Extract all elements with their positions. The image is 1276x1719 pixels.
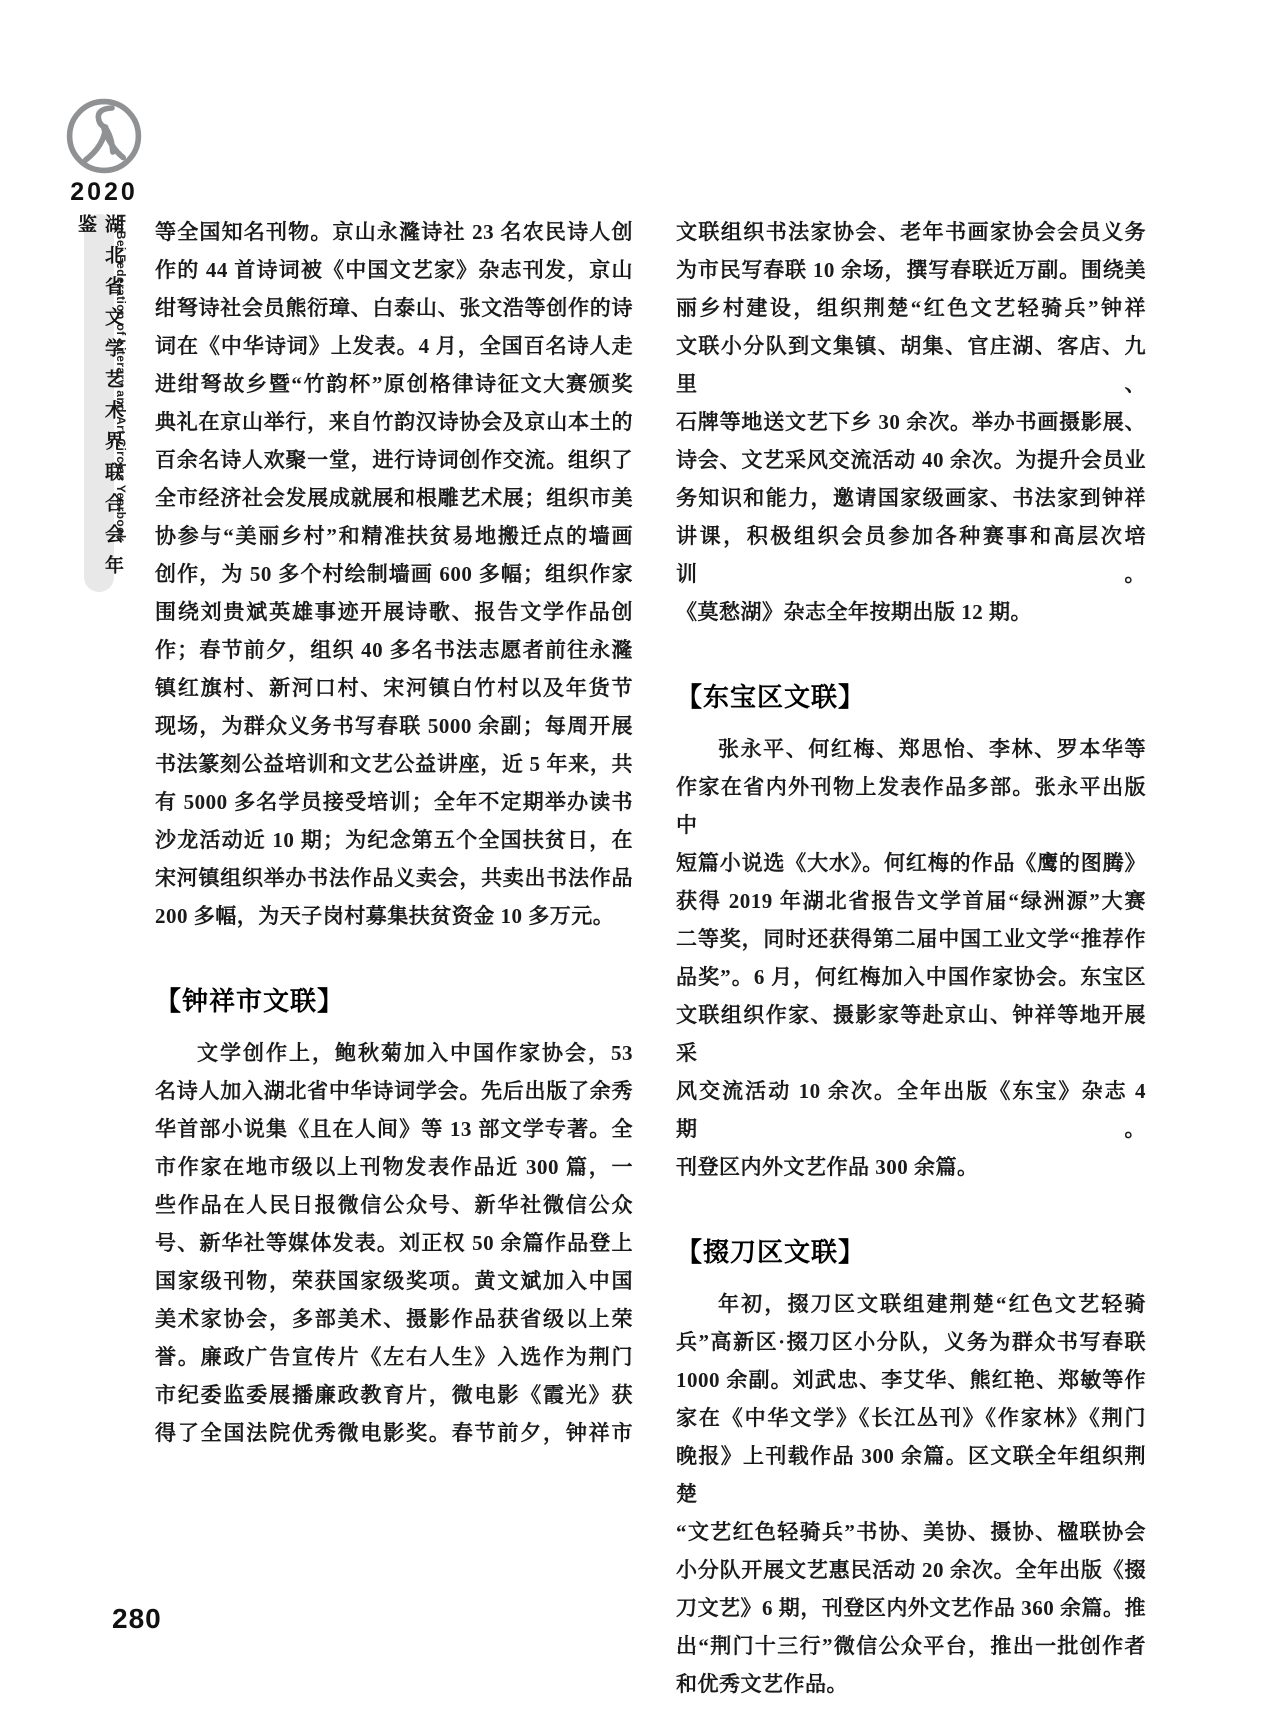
text-line: 沙龙活动近 10 期；为纪念第五个全国扶贫日，在 (155, 821, 633, 859)
text-line: 二等奖，同时还获得第二届中国工业文学“推荐作 (676, 920, 1146, 958)
section-heading: 【掇刀区文联】 (676, 1236, 1146, 1268)
text-line: 刊登区内外文艺作品 300 余篇。 (676, 1148, 1146, 1186)
text-line: 名诗人加入湖北省中华诗词学会。先后出版了余秀 (155, 1072, 633, 1110)
text-line: 刀文艺》6 期，刊登区内外文艺作品 360 余篇。推 (676, 1589, 1146, 1627)
text-line: 典礼在京山举行，来自竹韵汉诗协会及京山本土的 (155, 403, 633, 441)
text-line: 号、新华社等媒体发表。刘正权 50 余篇作品登上 (155, 1224, 633, 1262)
text-line: 作家在省内外刊物上发表作品多部。张永平出版中 (676, 768, 1146, 844)
text-line: 绀弩诗社会员熊衍璋、白泰山、张文浩等创作的诗 (155, 289, 633, 327)
text-line: 《莫愁湖》杂志全年按期出版 12 期。 (676, 593, 1146, 631)
page-number: 280 (112, 1603, 162, 1635)
text-line: 兵”高新区·掇刀区小分队，义务为群众书写春联 (676, 1323, 1146, 1361)
spine-title-english: HuBei Federation of Literary and Art Cir… (114, 214, 128, 614)
text-line: 华首部小说集《且在人间》等 13 部文学专著。全 (155, 1110, 633, 1148)
section-heading: 【钟祥市文联】 (155, 985, 633, 1017)
text-line: 得了全国法院优秀微电影奖。春节前夕，钟祥市 (155, 1414, 633, 1452)
text-line: 文联组织作家、摄影家等赴京山、钟祥等地开展采 (676, 996, 1146, 1072)
text-line: 词在《中华诗词》上发表。4 月，全国百名诗人走 (155, 327, 633, 365)
text-line: 市纪委监委展播廉政教育片，微电影《霞光》获 (155, 1376, 633, 1414)
text-line: 出“荆门十三行”微信公众平台，推出一批创作者 (676, 1627, 1146, 1665)
logo-block: 2020 (60, 96, 148, 207)
text-line: 作；春节前夕，组织 40 多名书法志愿者前往永漋 (155, 631, 633, 669)
yearbook-page: 2020 湖北省文学艺术界联合会年鉴 HuBei Federation of L… (0, 0, 1276, 1719)
text-line: 文联小分队到文集镇、胡集、官庄湖、客店、九里、 (676, 327, 1146, 403)
text-line: 作的 44 首诗词被《中国文艺家》杂志刊发，京山 (155, 251, 633, 289)
logo-year: 2020 (60, 178, 148, 207)
text-line: 风交流活动 10 余次。全年出版《东宝》杂志 4 期。 (676, 1072, 1146, 1148)
text-line: 百余名诗人欢聚一堂，进行诗词创作交流。组织了 (155, 441, 633, 479)
text-line: 现场，为群众义务书写春联 5000 余副；每周开展 (155, 707, 633, 745)
text-line: 美术家协会，多部美术、摄影作品获省级以上荣 (155, 1300, 633, 1338)
text-line: 誉。廉政广告宣传片《左右人生》入选作为荆门 (155, 1338, 633, 1376)
text-line: 家在《中华文学》《长江丛刊》《作家林》《荆门 (676, 1399, 1146, 1437)
text-line: 协参与“美丽乡村”和精准扶贫易地搬迁点的墙画 (155, 517, 633, 555)
text-line: 和优秀文艺作品。 (676, 1665, 1146, 1703)
text-line: 晚报》上刊载作品 300 余篇。区文联全年组织荆楚 (676, 1437, 1146, 1513)
text-line: 围绕刘贵斌英雄事迹开展诗歌、报告文学作品创 (155, 593, 633, 631)
text-line: 市作家在地市级以上刊物发表作品近 300 篇，一 (155, 1148, 633, 1186)
text-line: 些作品在人民日报微信公众号、新华社微信公众 (155, 1186, 633, 1224)
text-line: 等全国知名刊物。京山永漋诗社 23 名农民诗人创 (155, 213, 633, 251)
federation-logo-icon (64, 96, 144, 176)
text-line: “文艺红色轻骑兵”书协、美协、摄协、楹联协会 (676, 1513, 1146, 1551)
text-line: 进绀弩故乡暨“竹韵杯”原创格律诗征文大赛颁奖 (155, 365, 633, 403)
text-line: 年初，掇刀区文联组建荆楚“红色文艺轻骑 (676, 1285, 1146, 1323)
text-line: 文学创作上，鲍秋菊加入中国作家协会，53 (155, 1034, 633, 1072)
text-line: 全市经济社会发展成就展和根雕艺术展；组织市美 (155, 479, 633, 517)
text-line: 宋河镇组织举办书法作品义卖会，共卖出书法作品 (155, 859, 633, 897)
text-line: 书法篆刻公益培训和文艺公益讲座，近 5 年来，共 (155, 745, 633, 783)
text-line: 张永平、何红梅、郑思怡、李林、罗本华等 (676, 730, 1146, 768)
text-line: 文联组织书法家协会、老年书画家协会会员义务 (676, 213, 1146, 251)
text-line: 有 5000 多名学员接受培训；全年不定期举办读书 (155, 783, 633, 821)
section-heading: 【东宝区文联】 (676, 681, 1146, 713)
text-line: 讲课，积极组织会员参加各种赛事和高层次培训。 (676, 517, 1146, 593)
text-column-right: 文联组织书法家协会、老年书画家协会会员义务为市民写春联 10 余场，撰写春联近万… (676, 213, 1146, 1703)
text-line: 短篇小说选《大水》。何红梅的作品《鹰的图腾》 (676, 844, 1146, 882)
text-line: 丽乡村建设，组织荆楚“红色文艺轻骑兵”钟祥 (676, 289, 1146, 327)
text-line: 获得 2019 年湖北省报告文学首届“绿洲源”大赛 (676, 882, 1146, 920)
text-line: 石牌等地送文艺下乡 30 余次。举办书画摄影展、 (676, 403, 1146, 441)
text-line: 创作，为 50 多个村绘制墙画 600 多幅；组织作家 (155, 555, 633, 593)
text-line: 1000 余副。刘武忠、李艾华、熊红艳、郑敏等作 (676, 1361, 1146, 1399)
spine-title-chinese: 湖北省文学艺术界联合会年鉴 (84, 214, 114, 592)
text-line: 诗会、文艺采风交流活动 40 余次。为提升会员业 (676, 441, 1146, 479)
text-line: 国家级刊物，荣获国家级奖项。黄文斌加入中国 (155, 1262, 633, 1300)
text-line: 务知识和能力，邀请国家级画家、书法家到钟祥 (676, 479, 1146, 517)
text-line: 200 多幅，为天子岗村募集扶贫资金 10 多万元。 (155, 897, 633, 935)
text-line: 为市民写春联 10 余场，撰写春联近万副。围绕美 (676, 251, 1146, 289)
text-line: 镇红旗村、新河口村、宋河镇白竹村以及年货节 (155, 669, 633, 707)
text-line: 小分队开展文艺惠民活动 20 余次。全年出版《掇 (676, 1551, 1146, 1589)
text-column-left: 等全国知名刊物。京山永漋诗社 23 名农民诗人创作的 44 首诗词被《中国文艺家… (155, 213, 633, 1452)
text-line: 品奖”。6 月，何红梅加入中国作家协会。东宝区 (676, 958, 1146, 996)
